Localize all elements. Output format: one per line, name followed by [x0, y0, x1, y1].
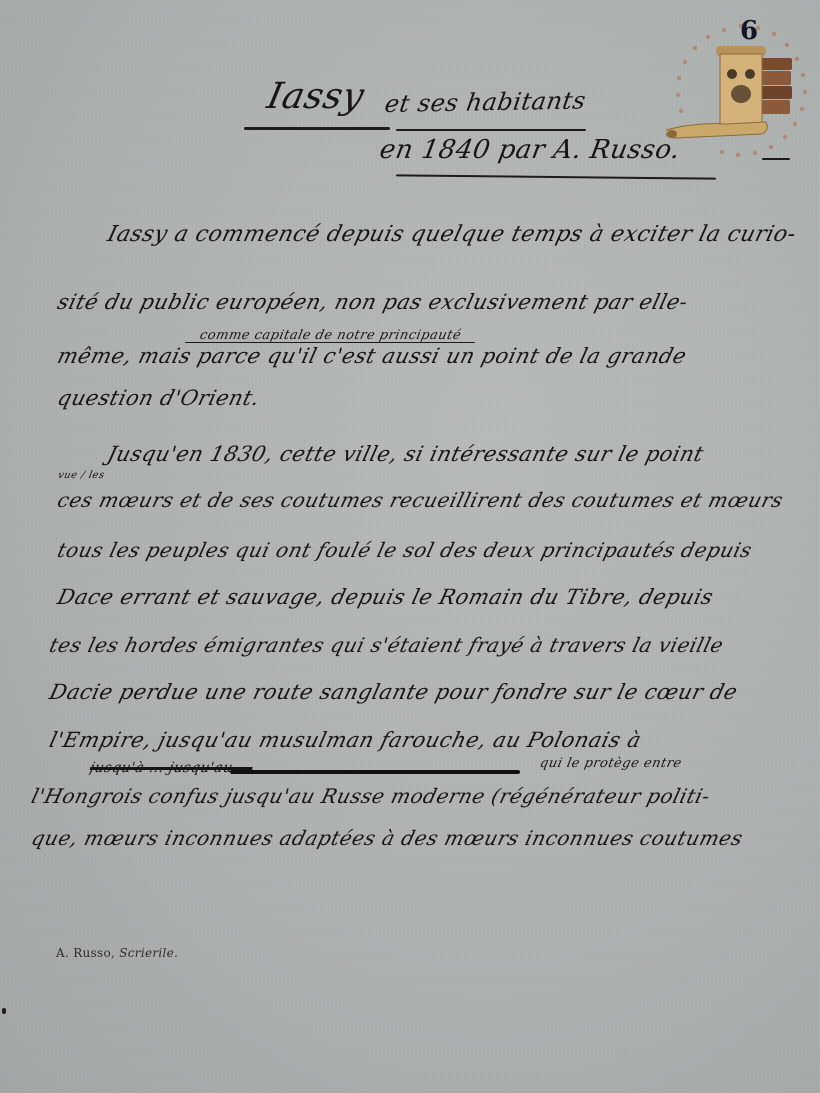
manuscript-line-12: l'Hongrois confus jusqu'au Russe moderne… — [29, 784, 713, 808]
manuscript-line-1: Iassy a commencé depuis quelque temps à … — [105, 222, 799, 247]
manuscript-line-2: sité du public européen, non pas exclusi… — [55, 290, 691, 314]
title-underline-2 — [396, 129, 586, 131]
interlinear-note-right: qui le protège entre — [538, 756, 683, 771]
manuscript-line-9: tes les hordes émigrantes qui s'étaient … — [47, 633, 726, 657]
interlinear-underline — [185, 342, 475, 343]
title-main: Iassy — [264, 76, 368, 117]
manuscript-line-11: l'Empire, jusqu'au musulman farouche, au… — [47, 728, 644, 752]
title-line-2: en 1840 par A. Russo. — [377, 135, 682, 165]
title-underline-4 — [762, 158, 790, 160]
title-rest: et ses habitants — [383, 87, 588, 118]
title-underline-1 — [244, 127, 390, 130]
printed-caption: A. Russo, Scrierile. — [56, 946, 178, 960]
interlinear-note-line-6: vue / les — [57, 470, 106, 481]
title-underline-3 — [396, 174, 716, 179]
manuscript-line-13: que, mœurs inconnues adaptées à des mœur… — [29, 826, 745, 850]
page-number: 6 — [740, 16, 758, 46]
manuscript-line-3: même, mais parce qu'il c'est aussi un po… — [55, 344, 689, 368]
caption-author: A. Russo, — [56, 946, 115, 960]
manuscript-line-10: Dacie perdue une route sanglante pour fo… — [47, 680, 740, 704]
interlinear-note-line-3: comme capitale de notre principauté — [198, 328, 462, 343]
strike-through-mark — [230, 770, 520, 774]
manuscript-line-8: Dace errant et sauvage, depuis le Romain… — [55, 585, 716, 609]
caption-work-title: Scrierile. — [119, 946, 178, 960]
manuscript-line-7: tous les peuples qui ont foulé le sol de… — [55, 538, 755, 562]
margin-ink-mark — [2, 1008, 6, 1014]
manuscript-line-6: ces mœurs et de ses coutumes recueillire… — [55, 488, 786, 512]
manuscript-line-5: Jusqu'en 1830, cette ville, si intéressa… — [105, 442, 706, 466]
manuscript-line-4: question d'Orient. — [55, 386, 262, 410]
manuscript-page: 6 Iassy et ses habitants en 1840 par A. … — [0, 0, 820, 1093]
